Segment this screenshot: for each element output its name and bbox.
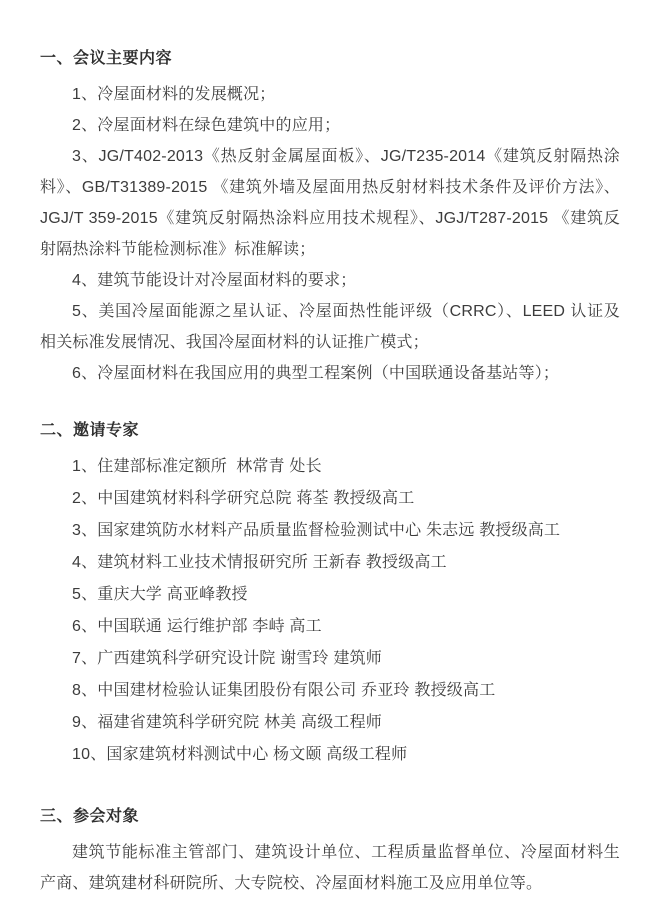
section-heading-attendees: 三、参会对象: [40, 801, 620, 832]
meeting-content-item-2: 2、冷屋面材料在绿色建筑中的应用；: [40, 110, 620, 141]
meeting-content-item-3: 3、JG/T402-2013《热反射金属屋面板》、JG/T235-2014《建筑…: [40, 141, 620, 265]
expert-item-7: 7、广西建筑科学研究设计院 谢雪玲 建筑师: [40, 643, 620, 675]
section-attendees: 三、参会对象 建筑节能标准主管部门、建筑设计单位、工程质量监督单位、冷屋面材料生…: [40, 801, 620, 899]
section-heading-meeting-content: 一、会议主要内容: [40, 43, 620, 74]
section-heading-invited-experts: 二、邀请专家: [40, 415, 620, 446]
expert-item-2: 2、中国建筑材料科学研究总院 蒋荃 教授级高工: [40, 483, 620, 515]
meeting-content-item-1: 1、冷屋面材料的发展概况；: [40, 79, 620, 110]
expert-item-9: 9、福建省建筑科学研究院 林美 高级工程师: [40, 707, 620, 739]
document-page: 一、会议主要内容 1、冷屋面材料的发展概况； 2、冷屋面材料在绿色建筑中的应用；…: [0, 0, 660, 916]
expert-item-8: 8、中国建材检验认证集团股份有限公司 乔亚玲 教授级高工: [40, 675, 620, 707]
expert-item-3: 3、国家建筑防水材料产品质量监督检验测试中心 朱志远 教授级高工: [40, 515, 620, 547]
meeting-content-item-6: 6、冷屋面材料在我国应用的典型工程案例（中国联通设备基站等）；: [40, 358, 620, 389]
expert-item-5: 5、重庆大学 高亚峰教授: [40, 579, 620, 611]
meeting-content-item-4: 4、建筑节能设计对冷屋面材料的要求；: [40, 265, 620, 296]
attendees-body: 建筑节能标准主管部门、建筑设计单位、工程质量监督单位、冷屋面材料生产商、建筑建材…: [40, 837, 620, 899]
section-meeting-content: 一、会议主要内容 1、冷屋面材料的发展概况； 2、冷屋面材料在绿色建筑中的应用；…: [40, 43, 620, 389]
expert-item-4: 4、建筑材料工业技术情报研究所 王新春 教授级高工: [40, 547, 620, 579]
meeting-content-item-5: 5、美国冷屋面能源之星认证、冷屋面热性能评级（CRRC）、LEED 认证及相关标…: [40, 296, 620, 358]
expert-item-1: 1、住建部标准定额所 林常青 处长: [40, 451, 620, 483]
section-invited-experts: 二、邀请专家 1、住建部标准定额所 林常青 处长 2、中国建筑材料科学研究总院 …: [40, 415, 620, 771]
expert-item-6: 6、中国联通 运行维护部 李峙 高工: [40, 611, 620, 643]
expert-item-10: 10、国家建筑材料测试中心 杨文颐 高级工程师: [40, 739, 620, 771]
